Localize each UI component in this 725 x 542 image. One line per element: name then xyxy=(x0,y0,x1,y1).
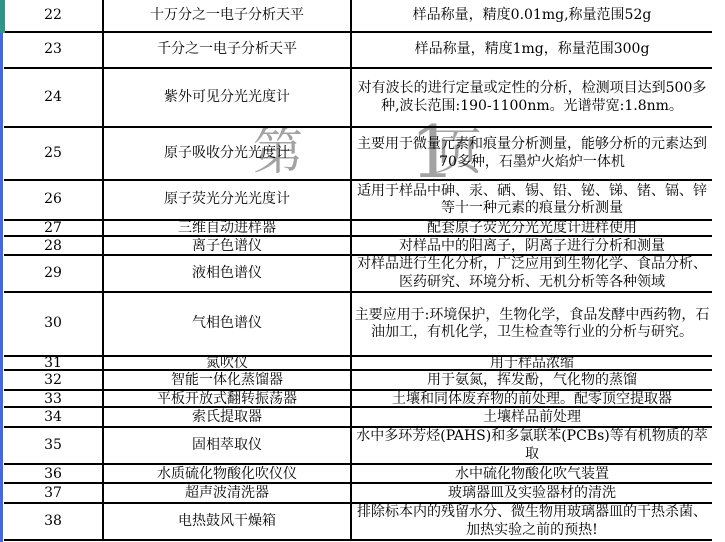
equipment-no: 33 xyxy=(4,391,104,406)
equipment-name: 液相色谱仪 xyxy=(104,256,352,291)
equipment-name: 离子色谱仪 xyxy=(104,237,352,254)
equipment-no: 22 xyxy=(4,0,104,31)
equipment-desc: 对有波长的进行定量或定性的分析，检测项目达到500多种,波长范围:190-110… xyxy=(352,69,712,126)
table-row: 34 索氏提取器 土壤样品前处理 xyxy=(4,408,712,428)
equipment-desc: 土壤和同体废弃物的前处理。配零顶空提取器 xyxy=(352,391,712,406)
table-row: 28 离子色谱仪 对样品中的阳离子，阴离子进行分析和测量 xyxy=(4,237,712,256)
equipment-no: 23 xyxy=(4,33,104,67)
equipment-name: 气相色谱仪 xyxy=(104,293,352,355)
equipment-name: 智能一体化蒸馏器 xyxy=(104,371,352,389)
equipment-no: 35 xyxy=(4,428,104,463)
equipment-no: 36 xyxy=(4,465,104,482)
table-row: 32 智能一体化蒸馏器 用于氨氮，挥发酚，气化物的蒸馏 xyxy=(4,371,712,391)
equipment-desc: 对样品进行生化分析，广泛应用到生物化学、食品分析、医药研究、环境分析、无机分析等… xyxy=(352,256,712,291)
equipment-desc: 水中硫化物酸化吹气装置 xyxy=(352,465,712,482)
equipment-desc: 用于氨氮，挥发酚，气化物的蒸馏 xyxy=(352,371,712,389)
equipment-no: 31 xyxy=(4,357,104,369)
equipment-no: 38 xyxy=(4,504,104,539)
equipment-no: 24 xyxy=(4,69,104,126)
equipment-name: 固相萃取仪 xyxy=(104,428,352,463)
table-row: 27 三维自动进样器 配套原子荧光分光光度计进样使用 xyxy=(4,221,712,237)
equipment-name: 三维自动进样器 xyxy=(104,221,352,235)
equipment-desc: 样品称量，精度0.01mg,称量范围52g xyxy=(352,0,712,31)
table-row: 33 平板开放式翻转振荡器 土壤和同体废弃物的前处理。配零顶空提取器 xyxy=(4,391,712,408)
equipment-name: 原子吸收分光光度计 xyxy=(104,128,352,179)
equipment-desc: 主要用于微量元素和痕量分析测量，能够分析的元素达到70多种，石墨炉火焰炉一体机 xyxy=(352,128,712,179)
equipment-desc: 主要应用于:环境保护，生物化学，食品发酵中西药物，石油加工，有机化学，卫生检查等… xyxy=(352,293,712,355)
equipment-desc: 对样品中的阳离子，阴离子进行分析和测量 xyxy=(352,237,712,254)
table-row: 29 液相色谱仪 对样品进行生化分析，广泛应用到生物化学、食品分析、医药研究、环… xyxy=(4,256,712,293)
equipment-no: 34 xyxy=(4,408,104,426)
table-row: 35 固相萃取仪 水中多环芳烃(PAHS)和多氯联苯(PCBs)等有机物质的萃取 xyxy=(4,428,712,465)
equipment-desc: 用于样品浓缩 xyxy=(352,357,712,369)
equipment-desc: 配套原子荧光分光光度计进样使用 xyxy=(352,221,712,235)
equipment-desc: 水中多环芳烃(PAHS)和多氯联苯(PCBs)等有机物质的萃取 xyxy=(352,428,712,463)
equipment-desc: 适用于样品中砷、汞、硒、锡、铅、铋、锑、锗、镉、锌等十一种元素的痕量分析测量 xyxy=(352,181,712,219)
page-break-left-green-marker xyxy=(0,0,5,33)
print-area-left-blue-border xyxy=(0,33,3,542)
equipment-table: 22 十万分之一电子分析天平 样品称量，精度0.01mg,称量范围52g 23 … xyxy=(4,0,712,541)
equipment-name: 电热鼓风干燥箱 xyxy=(104,504,352,539)
equipment-name: 紫外可见分光光度计 xyxy=(104,69,352,126)
equipment-desc: 玻璃器皿及实验器材的清洗 xyxy=(352,484,712,502)
table-row: 37 超声波清洗器 玻璃器皿及实验器材的清洗 xyxy=(4,484,712,504)
equipment-name: 超声波清洗器 xyxy=(104,484,352,502)
table-row: 23 千分之一电子分析天平 样品称量，精度1mg，称量范围300g xyxy=(4,33,712,69)
equipment-no: 26 xyxy=(4,181,104,219)
table-row: 26 原子荧光分光光度计 适用于样品中砷、汞、硒、锡、铅、铋、锑、锗、镉、锌等十… xyxy=(4,181,712,221)
equipment-no: 29 xyxy=(4,256,104,291)
equipment-name: 索氏提取器 xyxy=(104,408,352,426)
equipment-desc: 排除标本内的残留水分、微生物用玻璃器皿的干热杀菌、加热实验之前的预热! xyxy=(352,504,712,539)
table-row: 38 电热鼓风干燥箱 排除标本内的残留水分、微生物用玻璃器皿的干热杀菌、加热实验… xyxy=(4,504,712,541)
equipment-name: 平板开放式翻转振荡器 xyxy=(104,391,352,406)
equipment-name: 十万分之一电子分析天平 xyxy=(104,0,352,31)
table-row: 22 十万分之一电子分析天平 样品称量，精度0.01mg,称量范围52g xyxy=(4,0,712,33)
table-row: 24 紫外可见分光光度计 对有波长的进行定量或定性的分析，检测项目达到500多种… xyxy=(4,69,712,128)
table-row: 31 氮吹仪 用于样品浓缩 xyxy=(4,357,712,371)
equipment-name: 氮吹仪 xyxy=(104,357,352,369)
equipment-desc: 土壤样品前处理 xyxy=(352,408,712,426)
equipment-no: 30 xyxy=(4,293,104,355)
equipment-name: 千分之一电子分析天平 xyxy=(104,33,352,67)
equipment-no: 28 xyxy=(4,237,104,254)
equipment-no: 37 xyxy=(4,484,104,502)
equipment-no: 32 xyxy=(4,371,104,389)
table-row: 36 水质硫化物酸化吹仪仪 水中硫化物酸化吹气装置 xyxy=(4,465,712,484)
table-row: 30 气相色谱仪 主要应用于:环境保护，生物化学，食品发酵中西药物，石油加工，有… xyxy=(4,293,712,357)
equipment-name: 水质硫化物酸化吹仪仪 xyxy=(104,465,352,482)
table-row: 25 原子吸收分光光度计 主要用于微量元素和痕量分析测量，能够分析的元素达到70… xyxy=(4,128,712,181)
equipment-name: 原子荧光分光光度计 xyxy=(104,181,352,219)
equipment-no: 27 xyxy=(4,221,104,235)
equipment-no: 25 xyxy=(4,128,104,179)
equipment-desc: 样品称量，精度1mg，称量范围300g xyxy=(352,33,712,67)
